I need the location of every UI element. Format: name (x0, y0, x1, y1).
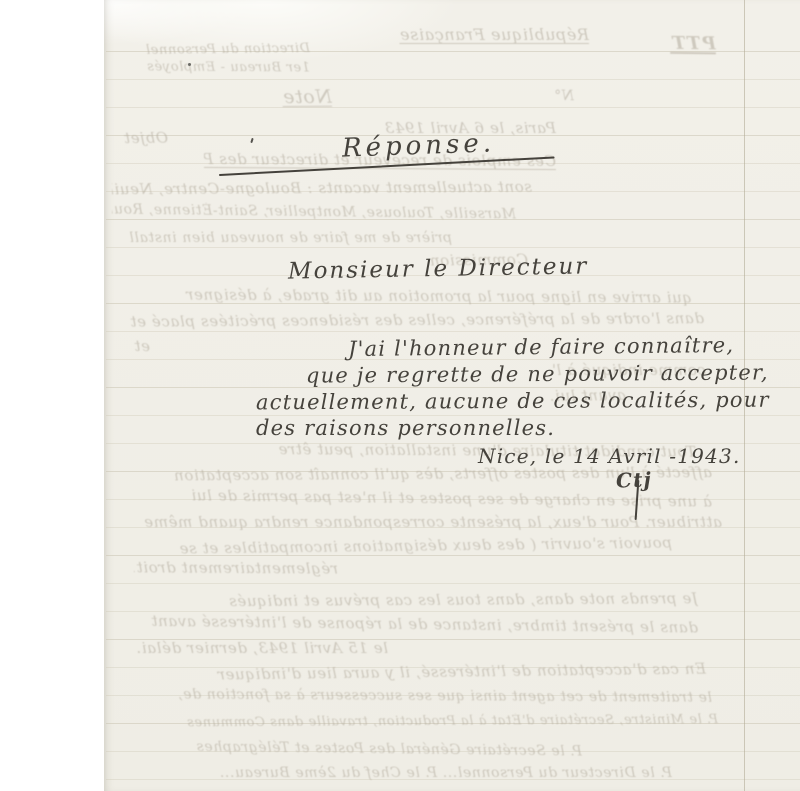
dateline: Nice, le 14 Avril -1943. (478, 444, 741, 468)
body-line: J'ai l'honneur de faire connaître, (348, 333, 734, 361)
letter-heading: Réponse. (342, 128, 496, 163)
salutation: Monsieur le Directeur (288, 253, 589, 284)
body-line: que je regrette de ne pouvoir accepter, (306, 360, 769, 387)
body-line: des raisons personnelles. (256, 416, 555, 440)
body-line: actuellement, aucune de ces localités, p… (256, 388, 770, 415)
signature-initials: Ctj (616, 467, 653, 492)
scanned-letter-page: PTTRépublique FrançaiseDirection du Pers… (0, 0, 800, 791)
ink-speck (188, 63, 191, 66)
